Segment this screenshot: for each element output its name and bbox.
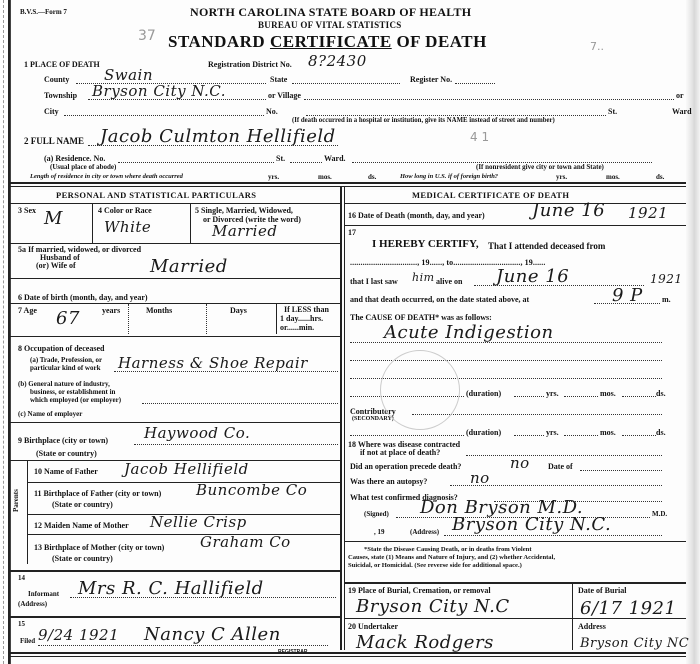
hospital-note: (If death occurred in a hospital or inst… <box>292 117 555 124</box>
mother-maiden-value: Nellie Crisp <box>150 513 247 531</box>
sex-value: M <box>44 208 63 229</box>
autopsy-label: Was there an autopsy? <box>350 477 427 486</box>
trade-value: Harness & Shoe Repair <box>118 354 308 372</box>
father-birthplace-value: Buncombe Co <box>196 481 307 499</box>
township-value: Bryson City N.C. <box>92 82 226 100</box>
filed-number: 15 <box>18 620 25 628</box>
duration-label-2: (duration) <box>466 428 501 437</box>
residence-sub: (Usual place of abode) <box>50 163 116 171</box>
column-divider <box>340 186 342 650</box>
left-margin-dashes <box>3 0 4 664</box>
item-17: 17 <box>348 228 356 237</box>
place-of-death-label: 1 PLACE OF DEATH <box>24 60 100 69</box>
footnote-line-2: Causes, state (1) Means and Nature of In… <box>348 554 555 561</box>
sex-label: 3 Sex <box>18 206 36 215</box>
dob-label: 6 Date of birth (month, day, and year) <box>18 293 148 302</box>
last-saw-year: 1921 <box>650 272 683 286</box>
year-prefix: , 19 <box>374 528 385 536</box>
industry-label-3: which employed (or employer) <box>30 396 121 404</box>
certify-text: That I attended deceased from <box>488 241 605 251</box>
informant-value: Mrs R. C. Hallifield <box>78 578 264 599</box>
marital-value: Married <box>212 222 277 240</box>
operation-label: Did an operation precede death? <box>350 462 461 471</box>
faded-stamp <box>380 350 460 430</box>
mother-birthplace-label: 13 Birthplace of Mother (city or town) <box>34 543 164 552</box>
full-name-label: 2 FULL NAME <box>24 136 84 146</box>
age-label: 7 Age <box>18 306 37 315</box>
residence-ward-label: Ward. <box>324 154 346 163</box>
spouse-label-3: (or) Wife of <box>36 261 76 270</box>
undertaker-label: 20 Undertaker <box>348 622 398 631</box>
filed-label: Filed <box>20 637 35 645</box>
county-label: County <box>44 75 69 84</box>
physician-address-value: Bryson City N.C. <box>452 514 611 535</box>
cause-of-death-value: Acute Indigestion <box>384 322 554 343</box>
footnote-line-3: Suicidal, or Homicidal. (See reverse sid… <box>348 562 522 569</box>
years-label: years <box>102 306 120 315</box>
mother-maiden-label: 12 Maiden Name of Mother <box>34 521 129 530</box>
informant-address-sub: (Address) <box>18 600 47 608</box>
parents-side-label: Parents <box>12 489 20 512</box>
industry-label-1: (b) General nature of industry, <box>18 380 110 388</box>
physician-address-label: (Address) <box>410 528 439 536</box>
less-than-label-2: 1 day......hrs. <box>280 314 323 323</box>
undertaker-value: Mack Rodgers <box>356 632 494 653</box>
certify-heading: I HEREBY CERTIFY, <box>372 238 479 250</box>
registration-district-value: 8?2430 <box>308 52 367 70</box>
footnote-line-1: *State the Disease Causing Death, or in … <box>364 546 532 553</box>
industry-label-2: business, or establishment in <box>30 388 115 396</box>
filed-date: 9/24 1921 <box>38 626 119 644</box>
medical-section-title: MEDICAL CERTIFICATE OF DEATH <box>412 190 569 200</box>
last-saw-pronoun: him <box>412 271 435 284</box>
father-birthplace-sub: (State or country) <box>52 500 113 509</box>
registration-district-label: Registration District No. <box>208 60 292 69</box>
township-label: Township <box>44 91 77 100</box>
street-label: St. <box>608 107 617 116</box>
death-time-suffix: m. <box>662 295 671 304</box>
less-than-label-3: or......min. <box>280 323 314 332</box>
city-label: City <box>44 107 59 116</box>
occupation-label: 8 Occupation of deceased <box>18 344 104 353</box>
register-no-label: Register No. <box>410 75 452 84</box>
residence-label: (a) Residence. No. <box>44 154 105 163</box>
agency-title: NORTH CAROLINA STATE BOARD OF HEALTH <box>190 5 471 20</box>
undertaker-address-label: Address <box>578 622 606 631</box>
days-label: Days <box>230 306 247 315</box>
signed-label: (Signed) <box>364 510 389 518</box>
father-value: Jacob Hellifield <box>124 460 249 478</box>
color-race-label: 4 Color or Race <box>98 206 152 215</box>
form-id: B.V.S.—Form 7 <box>20 8 67 16</box>
date-of-death-value: June 16 <box>532 200 605 221</box>
pencil-note-left: 37 <box>138 28 156 44</box>
state-label: State <box>270 75 287 84</box>
pencil-note-right: 7.. <box>590 40 604 53</box>
last-saw-alive-label: alive on <box>436 277 462 286</box>
father-label: 10 Name of Father <box>34 467 98 476</box>
certificate-title: STANDARD CERTIFICATE OF DEATH <box>168 32 487 52</box>
q18-label-2: if not at place of death? <box>360 448 440 457</box>
last-saw-label: that I last saw <box>350 277 398 286</box>
death-time-label: and that death occurred, on the date sta… <box>350 295 529 304</box>
section-divider <box>10 182 686 184</box>
foreign-birth-label: How long in U.S. if of foreign birth? <box>400 173 498 180</box>
burial-date-label: Date of Burial <box>578 586 626 595</box>
death-time-value: 9 P <box>612 285 643 306</box>
nonresident-note: (If nonresident give city or town and St… <box>476 163 604 171</box>
date-of-label: Date of <box>548 462 573 471</box>
pencil-note-name: 4 1 <box>470 130 489 144</box>
full-name-value: Jacob Culmton Hellifield <box>100 126 336 147</box>
date-of-death-label: 16 Date of Death (month, day, and year) <box>348 211 485 220</box>
or-label: or <box>676 91 684 100</box>
registrar-signature: Nancy C Allen <box>144 624 281 645</box>
father-birthplace-label: 11 Birthplace of Father (city or town) <box>34 489 161 498</box>
death-certificate: B.V.S.—Form 7 NORTH CAROLINA STATE BOARD… <box>0 0 700 664</box>
burial-date-value: 6/17 1921 <box>580 598 676 619</box>
operation-value: no <box>510 454 530 472</box>
birthplace-value: Haywood Co. <box>144 424 250 442</box>
secondary-label: (SECONDARY) <box>352 416 394 422</box>
ward-label: Ward <box>672 107 692 116</box>
age-value: 67 <box>56 308 80 329</box>
cause-of-death-label: The CAUSE OF DEATH* was as follows: <box>350 313 492 322</box>
last-saw-date: June 16 <box>496 266 569 287</box>
village-label: or Village <box>268 91 301 100</box>
md-label: M.D. <box>652 510 667 518</box>
color-race-value: White <box>104 218 151 236</box>
marital-label-1: 5 Single, Married, Widowed, <box>195 206 293 215</box>
date-of-death-year: 1921 <box>628 204 668 222</box>
burial-place-label: 19 Place of Burial, Cremation, or remova… <box>348 586 491 595</box>
personal-section-title: PERSONAL AND STATISTICAL PARTICULARS <box>56 190 256 200</box>
burial-place-value: Bryson City N.C <box>356 596 510 617</box>
number-label: No. <box>266 107 278 116</box>
trade-label-2: particular kind of work <box>30 364 100 372</box>
trade-label-1: (a) Trade, Profession, or <box>30 356 102 364</box>
mother-birthplace-sub: (State or country) <box>52 554 113 563</box>
less-than-label-1: If LESS than <box>284 305 329 314</box>
informant-number: 14 <box>18 574 25 582</box>
employer-label: (c) Name of employer <box>18 410 82 418</box>
left-border <box>8 0 11 664</box>
informant-label: Informant <box>28 590 59 598</box>
undertaker-address-value: Bryson City NC <box>580 636 689 651</box>
months-label: Months <box>146 306 172 315</box>
birthplace-label: 9 Birthplace (city or town) <box>18 436 108 445</box>
length-residence-label: Length of residence in city or town wher… <box>30 173 183 180</box>
bottom-border <box>10 652 686 654</box>
duration-label-1: (duration) <box>466 389 501 398</box>
scan-edge-shadow <box>686 0 700 664</box>
spouse-value: Married <box>150 256 228 277</box>
birthplace-sub: (State or country) <box>36 449 97 458</box>
mother-birthplace-value: Graham Co <box>200 533 291 551</box>
residence-st-label: St. <box>276 154 285 163</box>
bureau-title: BUREAU OF VITAL STATISTICS <box>258 20 402 30</box>
